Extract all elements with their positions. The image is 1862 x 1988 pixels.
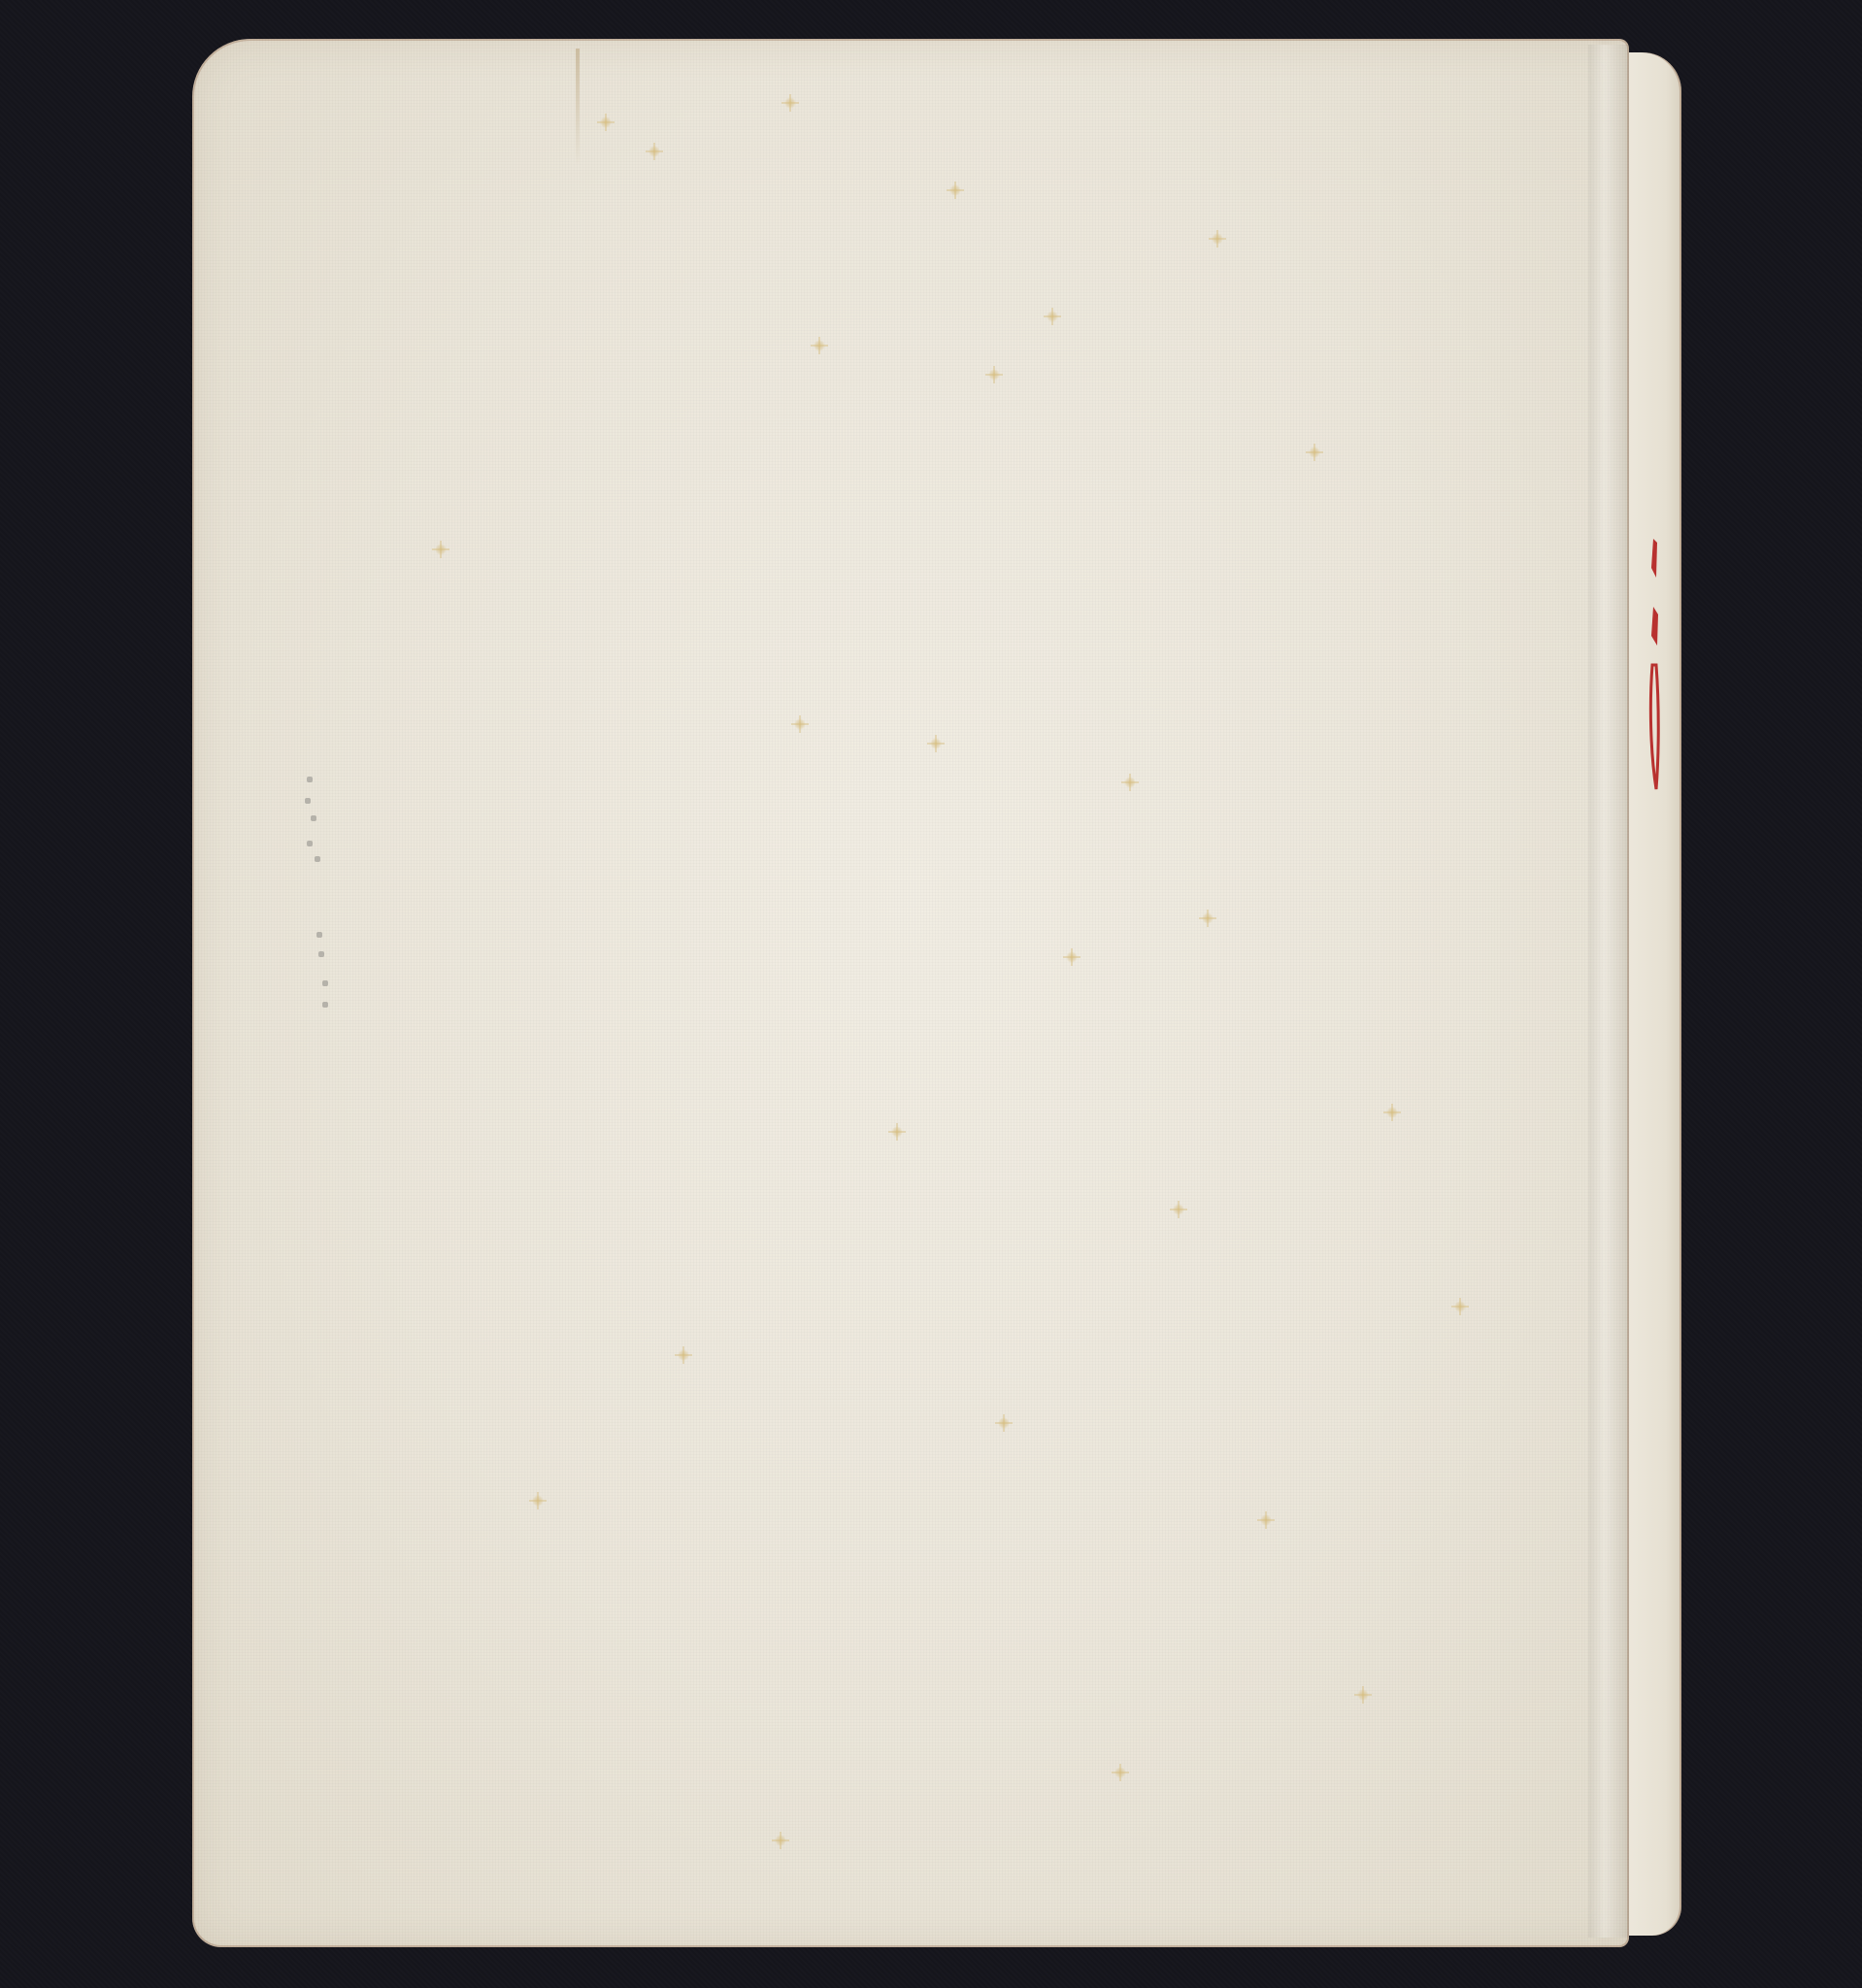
edge-stain (576, 49, 580, 165)
foxing-spot (532, 1495, 544, 1507)
spine-hinge (1588, 45, 1629, 1938)
foxing-spot (600, 116, 612, 128)
foxing-spot (1454, 1301, 1466, 1312)
foxing-spot (784, 97, 796, 109)
spine-edge (1629, 52, 1681, 1936)
foxing-spot (998, 1417, 1010, 1429)
foxing-spot (775, 1835, 786, 1846)
foxing-spot (1202, 912, 1214, 924)
foxing-spot (435, 544, 447, 555)
foxing-spot (648, 146, 660, 157)
spine-lettering-partial (1647, 539, 1661, 791)
foxing-spot (1047, 311, 1058, 322)
foxing-spot (1124, 777, 1136, 788)
foxing-spot (1114, 1767, 1126, 1778)
foxing-spot (930, 738, 942, 749)
pencil-marks (301, 777, 340, 1029)
foxing-spot (1260, 1514, 1272, 1526)
foxing-spot (891, 1126, 903, 1138)
foxing-spot (1066, 951, 1078, 963)
back-cover (192, 39, 1629, 1947)
foxing-spot (949, 184, 961, 196)
foxing-spot (1173, 1204, 1184, 1215)
foxing-spot (794, 718, 806, 730)
foxing-spot (1309, 447, 1320, 458)
foxing-spot (1357, 1689, 1369, 1701)
book (192, 39, 1681, 1947)
foxing-spot (1386, 1107, 1398, 1118)
foxing-spot (814, 340, 825, 351)
foxing-spot (1212, 233, 1223, 245)
foxing-spot (988, 369, 1000, 381)
foxing-spot (678, 1349, 689, 1361)
